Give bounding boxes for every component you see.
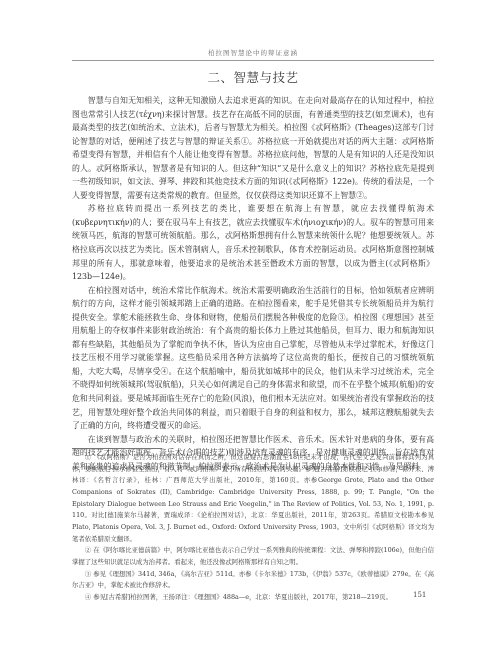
footnote: ④ 参见[古希腊]柏拉图著，王扬译注：《理想国》488a—e，北京：华夏出版社，… [72,592,434,604]
running-head: 柏拉图智慧论中的辩证意涵 [72,48,434,57]
footnote-divider [72,448,162,449]
footnote: ① 《忒阿格斯》是否为柏拉图对话存在真伪之辨，但这说疑古思潮直至18世纪末才出现… [72,452,434,545]
paragraph: 苏格拉底转而提出一系列技艺的类比，谁要想在航海上有智慧，就应去找懂得航海术(κυ… [72,202,434,283]
body-text: 智慧与自知无知相关，这种无知激励人去追求更高的知识。在走向对最高存在的认知过程中… [72,94,434,473]
page-number: 151 [413,591,426,599]
footnote: ② 在《阿尔喀比亚德前篇》中，阿尔喀比亚德也表示自己学过一系列雅典的传统课程：文… [72,545,434,568]
section-title: 二、智慧与技艺 [72,68,434,86]
paragraph: 智慧与自知无知相关，这种无知激励人去追求更高的知识。在走向对最高存在的认知过程中… [72,94,434,202]
footnotes: ① 《忒阿格斯》是否为柏拉图对话存在真伪之辨，但这说疑古思潮直至18世纪末才出现… [72,452,434,604]
footnote: ③ 参见《理想国》341d, 346a，《高尔吉亚》511d。亦参《卡尔米德》1… [72,569,434,592]
paragraph: 在柏拉图对话中，统治术常比作航海术。统治术需要明确政治生活前行的目标，恰如领航者… [72,284,434,433]
header-rule [72,60,434,61]
